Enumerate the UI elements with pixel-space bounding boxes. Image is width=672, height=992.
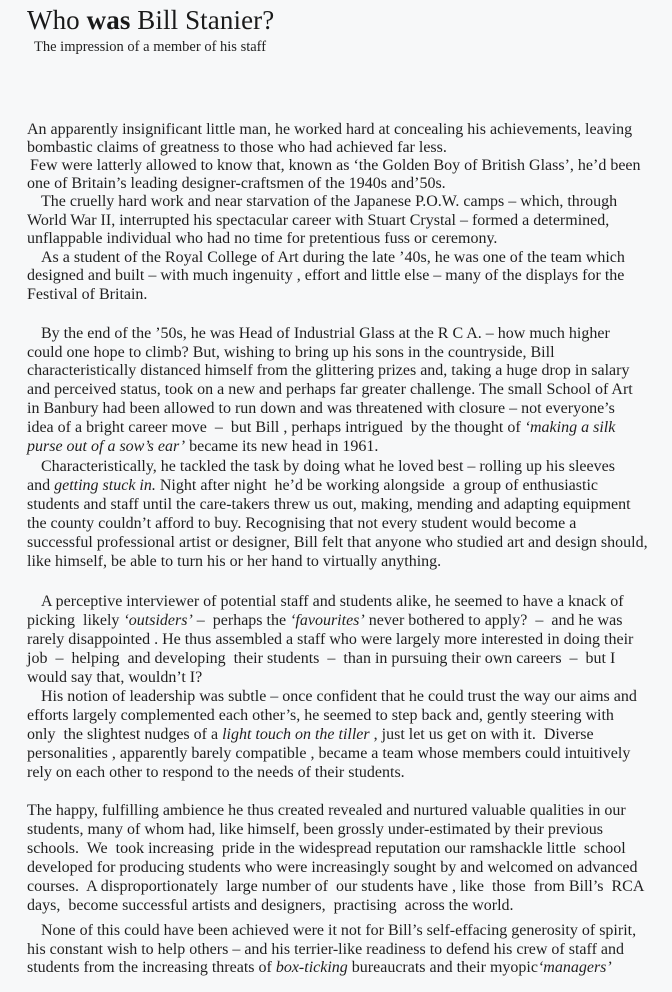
text-line: designed and built – with much ingenuity… [27,266,624,285]
text-line: World War II, interrupted his spectacula… [27,211,609,230]
text-line: rarely disappointed . He thus assembled … [27,630,633,649]
text-line: purse out of a sow’s ear’ became its new… [27,437,378,456]
text-line: his constant wish to help others – and h… [27,940,624,959]
text-line: efforts largely complemented each other’… [27,706,614,725]
text-line: students and staff until the care-takers… [27,495,631,514]
text-run: became its new head in 1961. [185,438,378,455]
italic-phrase: ‘managers’ [538,959,612,976]
text-line: schools. We took increasing pride in the… [27,839,626,858]
text-line: courses. A disproportionately large numb… [27,877,644,896]
text-line: the county couldn’t afford to buy. Recog… [27,514,576,533]
text-line: Festival of Britain. [27,285,147,304]
text-line: job – helping and developing their stude… [27,649,615,668]
text-line: personalities , apparently barely compat… [27,744,630,763]
text-line: The happy, fulfilling ambience he thus c… [27,801,626,820]
page-title: Who was Bill Stanier? [27,4,274,36]
text-line: Characteristically, he tackled the task … [41,457,615,476]
text-run: never bothered to apply? – and he was [365,612,623,629]
italic-phrase: getting stuck in. [54,477,156,494]
text-run: students from the increasing threats of [27,959,276,976]
text-run: only the slightest nudges of a [27,726,222,743]
text-run: picking likely [27,612,123,629]
text-line: would say that, wouldn’t I? [27,668,202,687]
title-text: Bill Stanier? [130,5,274,35]
text-line: one of Britain’s leading designer-crafts… [27,174,446,193]
text-line: A perceptive interviewer of potential st… [41,592,624,611]
text-line: developed for producing students who wer… [27,858,638,877]
italic-phrase: ‘favourites’ [290,612,365,629]
text-run: Night after night he’d be working alongs… [156,477,598,494]
text-line: unflappable individual who had no time f… [27,229,497,248]
italic-phrase: box-ticking [276,959,348,976]
page-subtitle: The impression of a member of his staff [34,38,266,56]
text-line: idea of a bright career move – but Bill … [27,418,615,437]
italic-phrase: ‘making a silk [525,419,616,436]
italic-phrase: ‘outsiders’ [123,612,192,629]
text-line: His notion of leadership was subtle – on… [41,687,637,706]
text-line: could one hope to climb? But, wishing to… [27,343,555,362]
title-text: Who [27,5,87,35]
text-line: students from the increasing threats of … [27,958,612,977]
text-line: By the end of the ’50s, he was Head of I… [41,324,610,343]
italic-phrase: light touch on the tiller [222,726,370,743]
text-line: only the slightest nudges of a light tou… [27,725,594,744]
text-line: characteristically distanced himself fro… [27,361,629,380]
text-line: bombastic claims of greatness to those w… [27,138,447,157]
text-line: rely on each other to respond to the nee… [27,763,405,782]
title-bold-word: was [87,5,131,35]
text-line: students, many of whom had, like himself… [27,820,603,839]
text-run: bureaucrats and their myopic [348,959,538,976]
text-line: As a student of the Royal College of Art… [41,248,625,267]
text-run: idea of a bright career move – but Bill … [27,419,525,436]
text-line: successful professional artist or design… [27,533,648,552]
text-line: An apparently insignificant little man, … [27,120,632,139]
italic-phrase: purse out of a sow’s ear’ [27,438,185,455]
text-line: and perceived status, took on a new and … [27,380,633,399]
text-line: The cruelly hard work and near starvatio… [41,192,617,211]
text-line: picking likely ‘outsiders’ – perhaps the… [27,611,622,630]
text-line: None of this could have been achieved we… [41,921,636,940]
text-run: , just let us get on with it. Diverse [370,726,594,743]
text-run: – perhaps the [193,612,290,629]
text-line: Few were latterly allowed to know that, … [26,156,641,175]
text-line: days, become successful artists and desi… [27,896,514,915]
text-line: like himself, be able to turn his or her… [27,552,441,571]
document-page: Who was Bill Stanier? The impression of … [0,0,672,992]
text-line: in Banbury had been allowed to run down … [27,399,615,418]
text-run: and [27,477,54,494]
text-line: and getting stuck in. Night after night … [27,476,598,495]
